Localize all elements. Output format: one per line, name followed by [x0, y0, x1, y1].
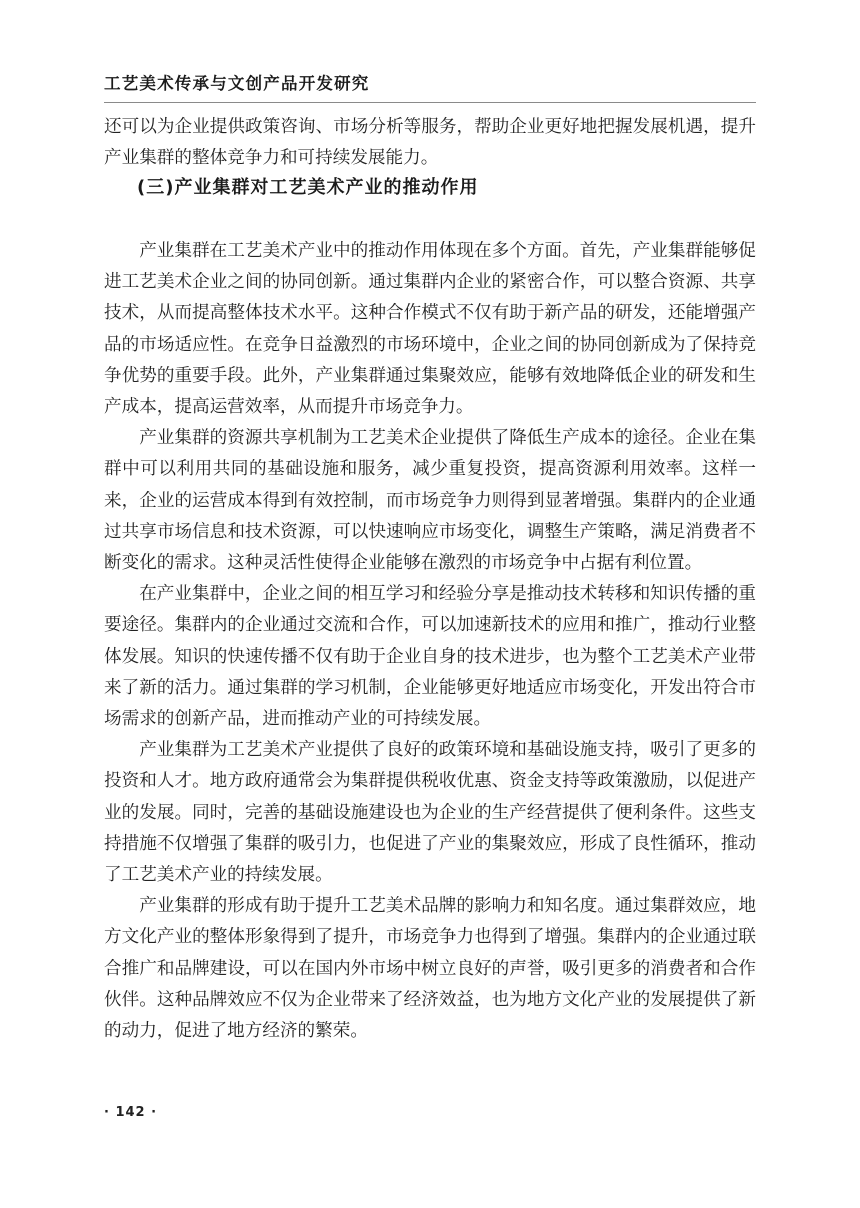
paragraph: 产业集群为工艺美术产业提供了良好的政策环境和基础设施支持，吸引了更多的投资和人才…: [104, 735, 756, 891]
page-number: · 142 ·: [104, 1105, 157, 1120]
paragraph: 产业集群在工艺美术产业中的推动作用体现在多个方面。首先，产业集群能够促进工艺美术…: [104, 236, 756, 423]
continuation-paragraph: 还可以为企业提供政策咨询、市场分析等服务，帮助企业更好地把握发展机遇，提升产业集…: [104, 112, 756, 174]
section-heading: (三)产业集群对工艺美术产业的推动作用: [137, 173, 478, 199]
continuation-text: 还可以为企业提供政策咨询、市场分析等服务，帮助企业更好地把握发展机遇，提升产业集…: [104, 112, 756, 174]
running-head-title: 工艺美术传承与文创产品开发研究: [104, 70, 370, 94]
paragraph: 在产业集群中，企业之间的相互学习和经验分享是推动技术转移和知识传播的重要途径。集…: [104, 579, 756, 735]
paragraph: 产业集群的资源共享机制为工艺美术企业提供了降低生产成本的途径。企业在集群中可以利…: [104, 423, 756, 579]
section-body: 产业集群在工艺美术产业中的推动作用体现在多个方面。首先，产业集群能够促进工艺美术…: [104, 236, 756, 1047]
header-rule: [104, 102, 756, 103]
paragraph: 产业集群的形成有助于提升工艺美术品牌的影响力和知名度。通过集群效应，地方文化产业…: [104, 891, 756, 1047]
